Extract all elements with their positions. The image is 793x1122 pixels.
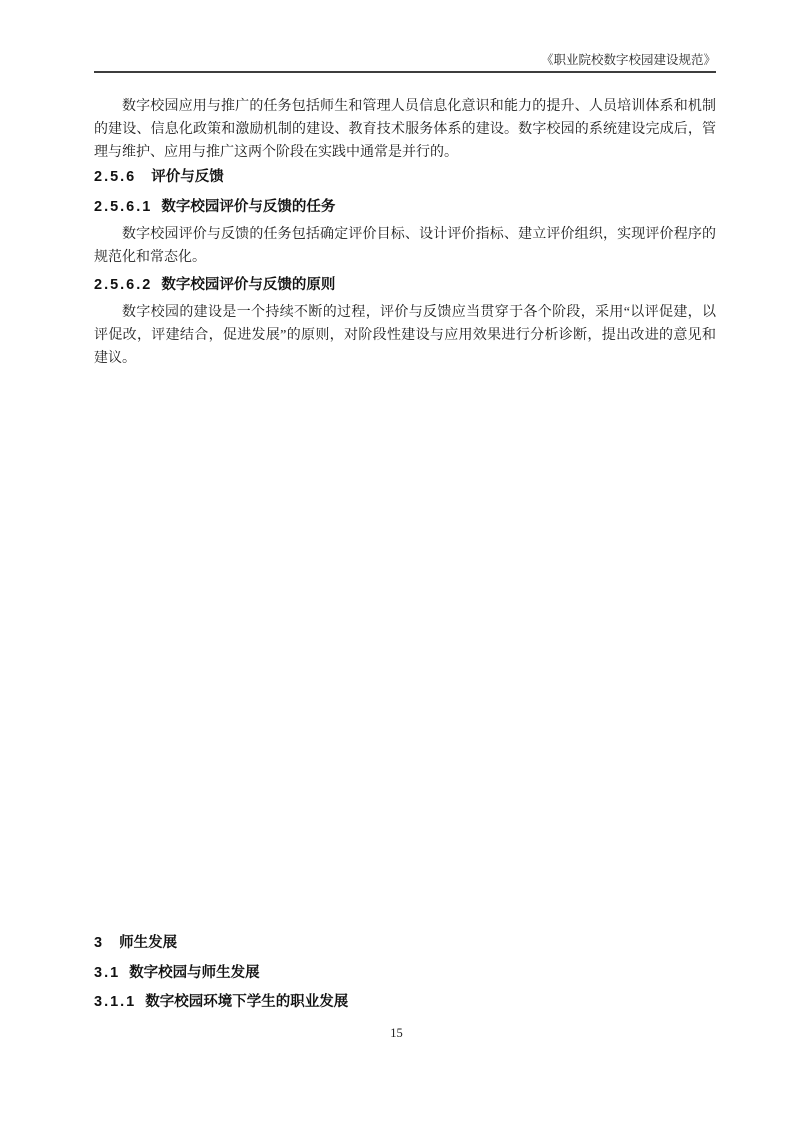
heading-title: 师生发展 xyxy=(119,935,177,952)
page-header: 《职业院校数字校园建设规范》 xyxy=(94,52,716,73)
section-heading-2-5-6-1: 2.5.6.1数字校园评价与反馈的任务 xyxy=(94,199,716,216)
body-paragraph: 数字校园评价与反馈的任务包括确定评价目标、设计评价指标、建立评价组织，实现评价程… xyxy=(94,223,716,269)
heading-title: 数字校园环境下学生的职业发展 xyxy=(145,994,348,1011)
header-title: 《职业院校数字校园建设规范》 xyxy=(541,53,716,67)
heading-number: 3.1 xyxy=(94,965,120,982)
heading-number: 3.1.1 xyxy=(94,994,136,1011)
heading-number: 3 xyxy=(94,935,104,952)
heading-number: 2.5.6.2 xyxy=(94,277,152,294)
section-heading-2-5-6-2: 2.5.6.2数字校园评价与反馈的原则 xyxy=(94,277,716,294)
page-number: 15 xyxy=(0,1026,793,1041)
heading-title: 数字校园与师生发展 xyxy=(129,965,260,982)
heading-number: 2.5.6.1 xyxy=(94,199,152,216)
heading-title: 数字校园评价与反馈的原则 xyxy=(161,277,335,294)
section-heading-2-5-6: 2.5.6评价与反馈 xyxy=(94,169,716,186)
heading-number: 2.5.6 xyxy=(94,169,136,186)
heading-title: 数字校园评价与反馈的任务 xyxy=(161,199,335,216)
section-heading-3: 3师生发展 xyxy=(94,935,716,952)
document-page: 《职业院校数字校园建设规范》 数字校园应用与推广的任务包括师生和管理人员信息化意… xyxy=(0,0,793,1122)
body-paragraph: 数字校园应用与推广的任务包括师生和管理人员信息化意识和能力的提升、人员培训体系和… xyxy=(94,95,716,164)
section-heading-3-1: 3.1数字校园与师生发展 xyxy=(94,965,716,982)
body-paragraph: 数字校园的建设是一个持续不断的过程，评价与反馈应当贯穿于各个阶段，采用“以评促建… xyxy=(94,301,716,370)
heading-title: 评价与反馈 xyxy=(151,169,224,186)
section-heading-3-1-1: 3.1.1数字校园环境下学生的职业发展 xyxy=(94,994,716,1011)
